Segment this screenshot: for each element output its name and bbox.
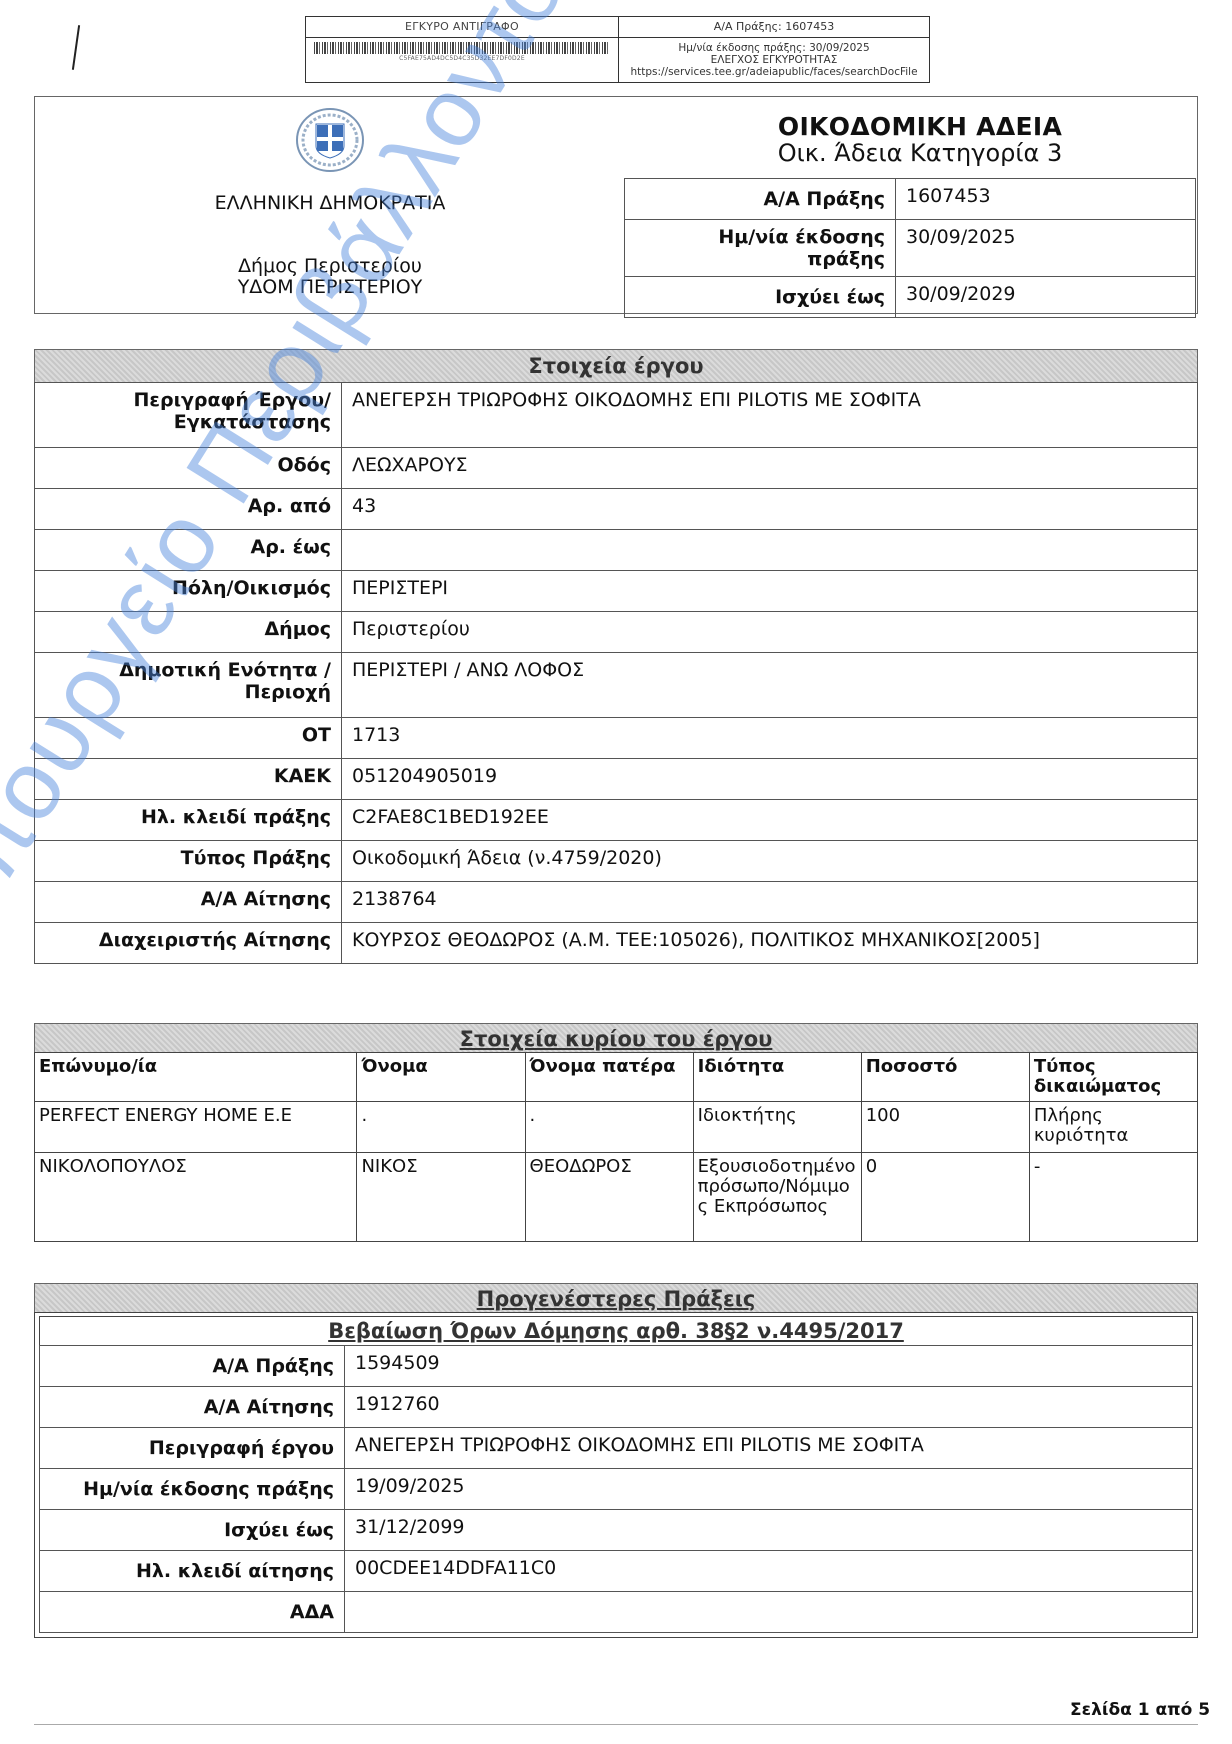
field-label: Δήμος <box>35 612 342 653</box>
greek-coat-of-arms-icon <box>294 106 366 174</box>
field-value: 00CDEE14DDFA11C0 <box>345 1551 1193 1592</box>
field-label: ΑΔΑ <box>40 1592 345 1633</box>
field-row: ΚΑΕΚ051204905019 <box>35 759 1198 800</box>
field-label: Αρ. έως <box>35 530 342 571</box>
office-label: ΥΔΟΜ ΠΕΡΙΣΤΕΡΙΟΥ <box>150 277 510 297</box>
field-row: ΑΔΑ <box>40 1592 1193 1633</box>
barcode-text: C5FAE75AD4DC5D4C35D32EE7DF0D2E <box>306 55 618 62</box>
owner-cell: . <box>525 1102 693 1153</box>
project-section-title: Στοιχεία έργου <box>34 349 1198 383</box>
owner-cell: 100 <box>861 1102 1029 1153</box>
field-row: Ηλ. κλειδί αίτησης00CDEE14DDFA11C0 <box>40 1551 1193 1592</box>
project-details-table: Περιγραφή Έργου/ΕγκατάστασηςΑΝΕΓΕΡΣΗ ΤΡΙ… <box>34 382 1198 964</box>
field-label: Περιγραφή έργου <box>40 1428 345 1469</box>
document-title: ΟΙΚΟΔΟΜΙΚΗ ΑΔΕΙΑ <box>700 112 1140 141</box>
field-row: Περιγραφή Έργου/ΕγκατάστασηςΑΝΕΓΕΡΣΗ ΤΡΙ… <box>35 383 1198 448</box>
document-subtitle: Οικ. Άδεια Κατηγορία 3 <box>700 139 1140 167</box>
field-value: 1713 <box>342 718 1198 759</box>
page-number: Σελίδα 1 από 5 <box>1070 1700 1210 1720</box>
field-value: 30/09/2025 <box>896 220 1196 277</box>
field-value: 43 <box>342 489 1198 530</box>
owner-cell: 0 <box>861 1153 1029 1242</box>
field-value <box>345 1592 1193 1633</box>
owners-column-header: Τύπος δικαιώματος <box>1029 1053 1197 1102</box>
owners-table: Επώνυμο/ίαΌνομαΌνομα πατέραΙδιότηταΠοσοσ… <box>34 1052 1198 1242</box>
field-label: Οδός <box>35 448 342 489</box>
field-value: Περιστερίου <box>342 612 1198 653</box>
field-value: C2FAE8C1BED192EE <box>342 800 1198 841</box>
owner-cell: ΘΕΟΔΩΡΟΣ <box>525 1153 693 1242</box>
field-value: Οικοδομική Άδεια (ν.4759/2020) <box>342 841 1198 882</box>
field-row: Ισχύει έως31/12/2099 <box>40 1510 1193 1551</box>
owners-section-title-text: Στοιχεία κυρίου του έργου <box>460 1027 773 1051</box>
field-label: Αρ. από <box>35 489 342 530</box>
field-label: ΚΑΕΚ <box>35 759 342 800</box>
field-value: 1607453 <box>896 179 1196 220</box>
owner-cell: Εξουσιοδοτημένο πρόσωπο/Νόμιμος Εκπρόσωπ… <box>693 1153 861 1242</box>
stamp-act-number: Α/Α Πράξης: 1607453 <box>619 17 929 38</box>
field-row: Δημοτική Ενότητα / ΠεριοχήΠΕΡΙΣΤΕΡΙ / ΑΝ… <box>35 653 1198 718</box>
owners-column-header: Ποσοστό <box>861 1053 1029 1102</box>
field-row: Α/Α Πράξης1607453 <box>625 179 1196 220</box>
field-label: Διαχειριστής Αίτησης <box>35 923 342 964</box>
stamp-issue-date: Ημ/νία έκδοσης πράξης: 30/09/2025 <box>619 42 929 54</box>
field-row: Ηλ. κλειδί πράξηςC2FAE8C1BED192EE <box>35 800 1198 841</box>
field-row: ΔήμοςΠεριστερίου <box>35 612 1198 653</box>
field-label: Ημ/νία έκδοσης πράξης <box>40 1469 345 1510</box>
header-info-table: Α/Α Πράξης1607453Ημ/νία έκδοσης πράξης30… <box>624 178 1196 318</box>
field-label: Ηλ. κλειδί πράξης <box>35 800 342 841</box>
document-title-block: ΟΙΚΟΔΟΜΙΚΗ ΑΔΕΙΑ Οικ. Άδεια Κατηγορία 3 <box>700 112 1140 167</box>
footer-divider <box>34 1724 1198 1725</box>
field-row: Αρ. έως <box>35 530 1198 571</box>
field-value: 051204905019 <box>342 759 1198 800</box>
field-row: Διαχειριστής ΑίτησηςΚΟΥΡΣΟΣ ΘΕΟΔΩΡΟΣ (Α.… <box>35 923 1198 964</box>
republic-label: ΕΛΛΗΝΙΚΗ ΔΗΜΟΚΡΑΤΙΑ <box>150 192 510 214</box>
owner-row: PERFECT ENERGY HOME E.E..Ιδιοκτήτης100Πλ… <box>35 1102 1198 1153</box>
owners-column-header: Ιδιότητα <box>693 1053 861 1102</box>
field-row: Α/Α Αίτησης2138764 <box>35 882 1198 923</box>
field-label: Περιγραφή Έργου/Εγκατάστασης <box>35 383 342 448</box>
field-label: Πόλη/Οικισμός <box>35 571 342 612</box>
field-value: ΚΟΥΡΣΟΣ ΘΕΟΔΩΡΟΣ (Α.Μ. ΤΕΕ:105026), ΠΟΛΙ… <box>342 923 1198 964</box>
owners-column-header: Όνομα <box>357 1053 525 1102</box>
field-label: Α/Α Αίτησης <box>40 1387 345 1428</box>
field-value: ΑΝΕΓΕΡΣΗ ΤΡΙΩΡΟΦΗΣ ΟΙΚΟΔΟΜΗΣ ΕΠΙ PILOTIS… <box>345 1428 1193 1469</box>
field-value: ΛΕΩΧΑΡΟΥΣ <box>342 448 1198 489</box>
field-row: Περιγραφή έργουΑΝΕΓΕΡΣΗ ΤΡΙΩΡΟΦΗΣ ΟΙΚΟΔΟ… <box>40 1428 1193 1469</box>
field-label: Δημοτική Ενότητα / Περιοχή <box>35 653 342 718</box>
owners-section-title: Στοιχεία κυρίου του έργου <box>34 1023 1198 1053</box>
owner-cell: Ιδιοκτήτης <box>693 1102 861 1153</box>
valid-copy-label: ΕΓΚΥΡΟ ΑΝΤΙΓΡΑΦΟ <box>306 17 618 38</box>
owner-cell: . <box>357 1102 525 1153</box>
field-value: ΠΕΡΙΣΤΕΡΙ <box>342 571 1198 612</box>
barcode-icon <box>314 42 610 54</box>
previous-act-title-text: Βεβαίωση Όρων Δόμησης αρθ. 38§2 ν.4495/2… <box>328 1319 904 1343</box>
owner-cell: ΝΙΚΟΣ <box>357 1153 525 1242</box>
field-row: ΟΤ1713 <box>35 718 1198 759</box>
field-row: Ημ/νία έκδοσης πράξης30/09/2025 <box>625 220 1196 277</box>
field-label: Ισχύει έως <box>40 1510 345 1551</box>
field-value: 31/12/2099 <box>345 1510 1193 1551</box>
field-row: Αρ. από43 <box>35 489 1198 530</box>
field-label: Ισχύει έως <box>625 277 896 318</box>
pen-mark <box>72 25 80 70</box>
field-label: Τύπος Πράξης <box>35 841 342 882</box>
field-value: 30/09/2029 <box>896 277 1196 318</box>
field-row: Τύπος ΠράξηςΟικοδομική Άδεια (ν.4759/202… <box>35 841 1198 882</box>
stamp-validity-url[interactable]: https://services.tee.gr/adeiapublic/face… <box>619 66 929 78</box>
field-value: 19/09/2025 <box>345 1469 1193 1510</box>
field-value: 2138764 <box>342 882 1198 923</box>
previous-act-table: Α/Α Πράξης1594509Α/Α Αίτησης1912760Περιγ… <box>39 1345 1193 1633</box>
field-label: Α/Α Πράξης <box>625 179 896 220</box>
previous-acts-section-title: Προγενέστερες Πράξεις <box>34 1283 1198 1313</box>
field-row: Πόλη/ΟικισμόςΠΕΡΙΣΤΕΡΙ <box>35 571 1198 612</box>
field-value: ΠΕΡΙΣΤΕΡΙ / ΑΝΩ ΛΟΦΟΣ <box>342 653 1198 718</box>
field-row: ΟδόςΛΕΩΧΑΡΟΥΣ <box>35 448 1198 489</box>
field-label: Ηλ. κλειδί αίτησης <box>40 1551 345 1592</box>
owner-cell: PERFECT ENERGY HOME E.E <box>35 1102 357 1153</box>
field-value: 1594509 <box>345 1346 1193 1387</box>
municipality-label: Δήμος Περιστερίου <box>150 256 510 276</box>
stamp-validity-check: ΕΛΕΓΧΟΣ ΕΓΚΥΡΟΤΗΤΑΣ <box>619 54 929 66</box>
field-value: ΑΝΕΓΕΡΣΗ ΤΡΙΩΡΟΦΗΣ ΟΙΚΟΔΟΜΗΣ ΕΠΙ PILOTIS… <box>342 383 1198 448</box>
owners-column-header: Όνομα πατέρα <box>525 1053 693 1102</box>
previous-acts-title-text: Προγενέστερες Πράξεις <box>477 1287 756 1311</box>
owner-cell: ΝΙΚΟΛΟΠΟΥΛΟΣ <box>35 1153 357 1242</box>
field-row: Ημ/νία έκδοσης πράξης19/09/2025 <box>40 1469 1193 1510</box>
field-row: Α/Α Αίτησης1912760 <box>40 1387 1193 1428</box>
owners-column-header: Επώνυμο/ία <box>35 1053 357 1102</box>
field-label: Α/Α Πράξης <box>40 1346 345 1387</box>
previous-act-title: Βεβαίωση Όρων Δόμησης αρθ. 38§2 ν.4495/2… <box>39 1316 1193 1346</box>
field-row: Α/Α Πράξης1594509 <box>40 1346 1193 1387</box>
field-value: 1912760 <box>345 1387 1193 1428</box>
field-label: Ημ/νία έκδοσης πράξης <box>625 220 896 277</box>
validity-stamp: ΕΓΚΥΡΟ ΑΝΤΙΓΡΑΦΟ C5FAE75AD4DC5D4C35D32EE… <box>305 16 930 83</box>
field-value <box>342 530 1198 571</box>
owner-cell: - <box>1029 1153 1197 1242</box>
field-row: Ισχύει έως30/09/2029 <box>625 277 1196 318</box>
field-label: Α/Α Αίτησης <box>35 882 342 923</box>
field-label: ΟΤ <box>35 718 342 759</box>
owner-row: ΝΙΚΟΛΟΠΟΥΛΟΣΝΙΚΟΣΘΕΟΔΩΡΟΣΕξουσιοδοτημένο… <box>35 1153 1198 1242</box>
owner-cell: Πλήρης κυριότητα <box>1029 1102 1197 1153</box>
